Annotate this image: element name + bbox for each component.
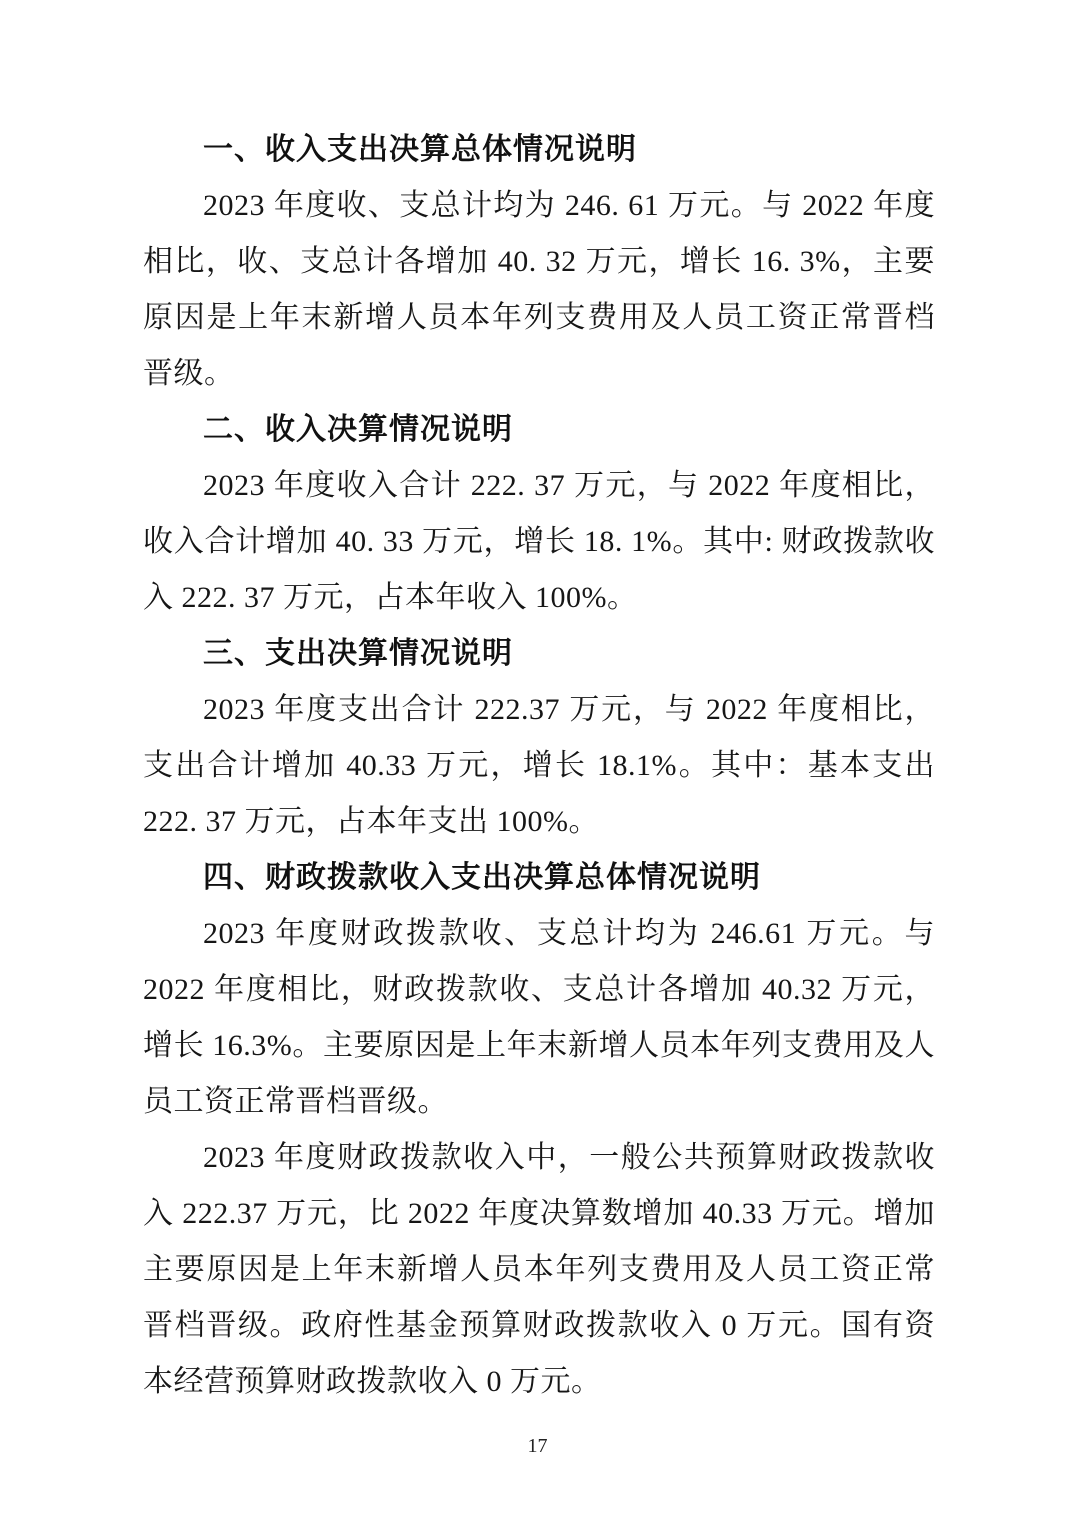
paragraph: 2023 年度支出合计 222.37 万元，与 2022 年度相比，支出合计增加… [143,682,935,850]
page-number: 17 [0,1435,1075,1458]
section-expenditure-settlement: 三、支出决算情况说明 2023 年度支出合计 222.37 万元，与 2022 … [143,626,935,850]
section-fiscal-appropriation-overview: 四、财政拨款收入支出决算总体情况说明 2023 年度财政拨款收、支总计均为 24… [143,850,935,1410]
paragraph: 2023 年度收、支总计均为 246. 61 万元。与 2022 年度相比，收、… [143,178,935,402]
section-income-settlement: 二、收入决算情况说明 2023 年度收入合计 222. 37 万元，与 2022… [143,402,935,626]
document-page: 一、收入支出决算总体情况说明 2023 年度收、支总计均为 246. 61 万元… [0,0,1075,1520]
section-heading: 一、收入支出决算总体情况说明 [143,122,935,178]
section-heading: 二、收入决算情况说明 [143,402,935,458]
section-heading: 三、支出决算情况说明 [143,626,935,682]
section-heading: 四、财政拨款收入支出决算总体情况说明 [143,850,935,906]
paragraph: 2023 年度财政拨款收入中，一般公共预算财政拨款收入 222.37 万元，比 … [143,1130,935,1410]
document-content: 一、收入支出决算总体情况说明 2023 年度收、支总计均为 246. 61 万元… [143,122,935,1410]
paragraph: 2023 年度财政拨款收、支总计均为 246.61 万元。与 2022 年度相比… [143,906,935,1130]
section-income-expenditure-overview: 一、收入支出决算总体情况说明 2023 年度收、支总计均为 246. 61 万元… [143,122,935,402]
paragraph: 2023 年度收入合计 222. 37 万元，与 2022 年度相比，收入合计增… [143,458,935,626]
